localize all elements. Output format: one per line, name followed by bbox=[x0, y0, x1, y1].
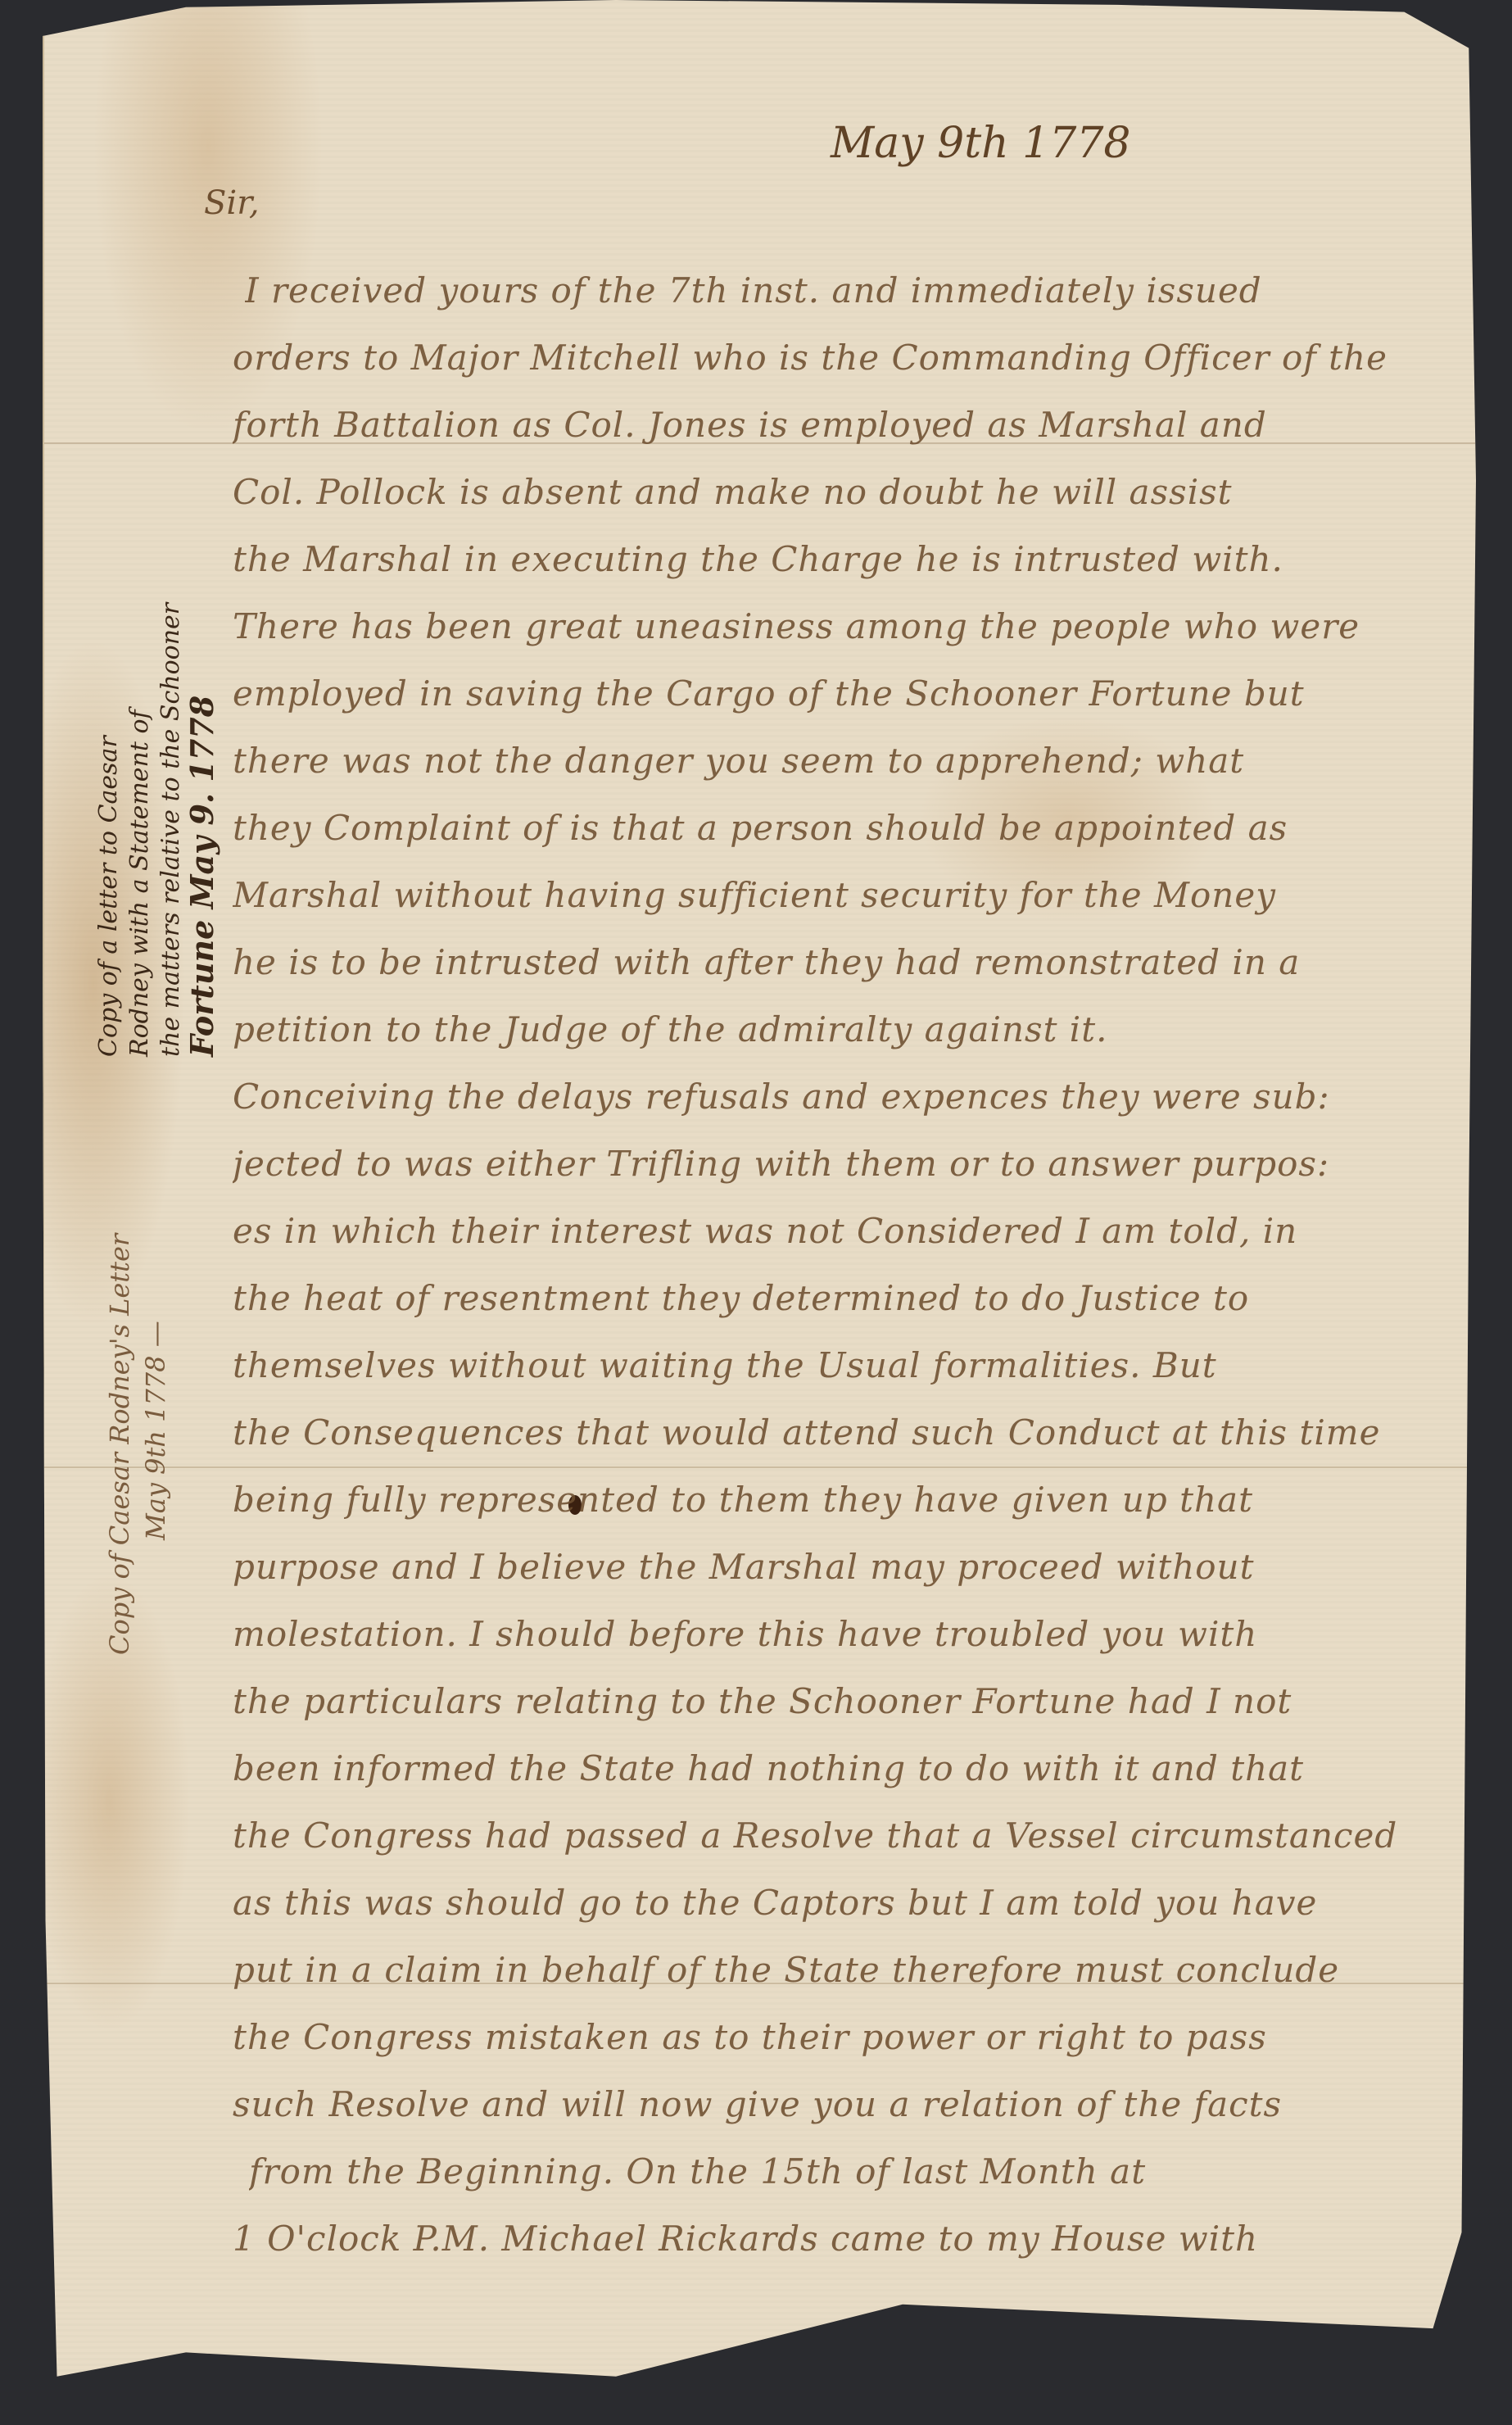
docket-line: Fortune May 9. 1778 bbox=[187, 603, 218, 1057]
letter-line: such Resolve and will now give you a rel… bbox=[233, 2084, 1402, 2124]
letter-line: themselves without waiting the Usual for… bbox=[233, 1345, 1402, 1385]
letter-line: Col. Pollock is absent and make no doubt… bbox=[233, 472, 1402, 512]
docket-line: Rodney with a Statement of bbox=[124, 603, 156, 1057]
margin-docket-upper: Copy of a letter to Caesar Rodney with a… bbox=[93, 603, 218, 1057]
letter-line: the heat of resentment they determined t… bbox=[233, 1278, 1402, 1318]
letter-line: as this was should go to the Captors but… bbox=[233, 1883, 1402, 1923]
manuscript-page: May 9th 1778 Sir, I received yours of th… bbox=[43, 0, 1476, 2400]
letter-line: the Congress mistaken as to their power … bbox=[233, 2017, 1402, 2057]
docket-line: May 9th 1778 — bbox=[138, 1234, 174, 1655]
letter-line: orders to Major Mitchell who is the Comm… bbox=[233, 338, 1402, 378]
letter-line: there was not the danger you seem to app… bbox=[233, 741, 1402, 781]
letter-line: been informed the State had nothing to d… bbox=[233, 1748, 1402, 1788]
letter-line: 1 O'clock P.M. Michael Rickards came to … bbox=[233, 2219, 1402, 2259]
letter-line: employed in saving the Cargo of the Scho… bbox=[233, 673, 1402, 714]
letter-date: May 9th 1778 bbox=[831, 119, 1131, 168]
letter-line: from the Beginning. On the 15th of last … bbox=[249, 2151, 1402, 2192]
fold-crease bbox=[44, 1466, 1476, 1468]
letter-line: purpose and I believe the Marshal may pr… bbox=[233, 1547, 1402, 1587]
letter-line: There has been great uneasiness among th… bbox=[233, 606, 1402, 646]
letter-line: molestation. I should before this have t… bbox=[233, 1614, 1402, 1654]
letter-line: being fully represented to them they hav… bbox=[233, 1480, 1402, 1520]
letter-line: they Complaint of is that a person shoul… bbox=[233, 808, 1402, 848]
letter-line: Conceiving the delays refusals and expen… bbox=[233, 1077, 1402, 1117]
docket-line: Copy of a letter to Caesar bbox=[93, 603, 124, 1057]
letter-line: put in a claim in behalf of the State th… bbox=[233, 1950, 1402, 1990]
docket-line: the matters relative to the Schooner bbox=[156, 603, 187, 1057]
letter-line: petition to the Judge of the admiralty a… bbox=[233, 1009, 1402, 1049]
letter-line: jected to was either Trifling with them … bbox=[233, 1144, 1402, 1184]
letter-line: the Marshal in executing the Charge he i… bbox=[233, 539, 1402, 579]
letter-line: Marshal without having sufficient securi… bbox=[233, 875, 1402, 915]
letter-line: the Congress had passed a Resolve that a… bbox=[233, 1815, 1402, 1856]
letter-line: forth Battalion as Col. Jones is employe… bbox=[233, 405, 1402, 445]
docket-line: Copy of Caesar Rodney's Letter bbox=[102, 1234, 138, 1655]
letter-line: the particulars relating to the Schooner… bbox=[233, 1681, 1402, 1721]
letter-line: he is to be intrusted with after they ha… bbox=[233, 942, 1402, 982]
letter-line: the Consequences that would attend such … bbox=[233, 1412, 1402, 1453]
letter-line: es in which their interest was not Consi… bbox=[233, 1211, 1402, 1251]
margin-docket-lower: Copy of Caesar Rodney's Letter May 9th 1… bbox=[102, 1234, 174, 1655]
letter-line: I received yours of the 7th inst. and im… bbox=[245, 270, 1402, 310]
salutation: Sir, bbox=[204, 184, 260, 222]
